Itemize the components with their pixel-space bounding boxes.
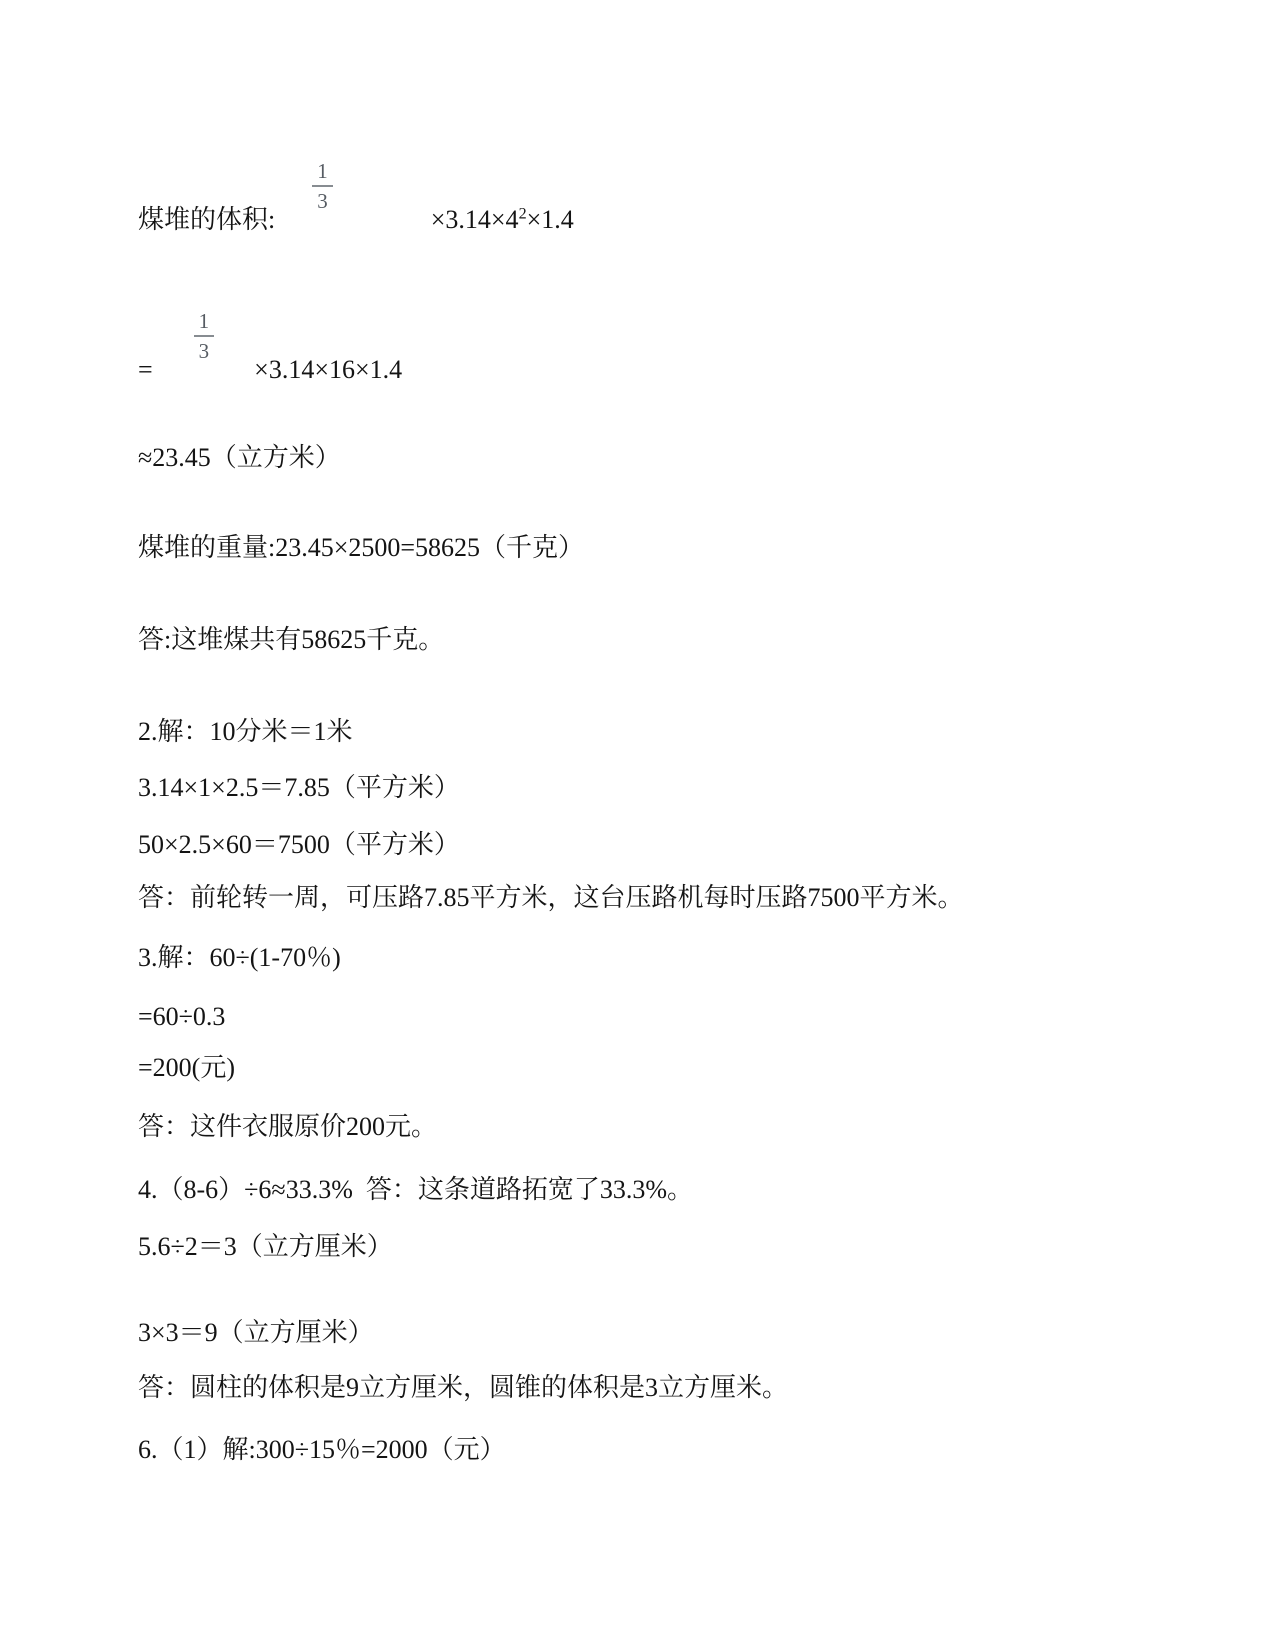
line-problem3-step2: =60÷0.3 <box>138 1002 1225 1032</box>
line-problem3-step3: =200(元) <box>138 1053 1225 1083</box>
equation-coal-volume-step2: = 1 3 ×3.14×16×1.4 <box>138 318 1225 385</box>
fraction-denominator: 3 <box>312 185 333 212</box>
expression-post: ×1.4 <box>527 205 574 234</box>
equation-step2-expression: ×3.14×16×1.4 <box>254 355 402 385</box>
line-problem5-answer: 答：圆柱的体积是9立方厘米，圆锥的体积是3立方厘米。 <box>138 1373 1225 1403</box>
line-problem2-answer: 答：前轮转一周，可压路7.85平方米，这台压路机每时压路7500平方米。 <box>138 883 1225 913</box>
equation-coal-volume-label: 煤堆的体积: <box>138 205 275 235</box>
fraction-denominator: 3 <box>194 335 215 362</box>
equation-step2-equals: = <box>138 355 153 385</box>
line-problem5-cone-volume: 5.6÷2＝3（立方厘米） <box>138 1232 1225 1262</box>
expression-superscript: 2 <box>519 205 527 222</box>
line-problem5-cylinder-volume: 3×3＝9（立方厘米） <box>138 1318 1225 1348</box>
equation-coal-volume-expression: ×3.14×42×1.4 <box>431 205 574 235</box>
line-problem2-unit-conversion: 2.解：10分米＝1米 <box>138 717 1225 747</box>
line-answer-coal-weight: 答:这堆煤共有58625千克。 <box>138 625 1225 655</box>
document-page: 煤堆的体积: 1 3 ×3.14×42×1.4 = 1 3 ×3.14×16×1… <box>0 0 1275 1650</box>
line-coal-weight-calculation: 煤堆的重量:23.45×2500=58625（千克） <box>138 533 1225 563</box>
line-problem2-area-per-turn: 3.14×1×2.5＝7.85（平方米） <box>138 773 1225 803</box>
line-problem3-answer: 答：这件衣服原价200元。 <box>138 1112 1225 1142</box>
line-problem3-solution: 3.解：60÷(1-70％) <box>138 943 1225 973</box>
line-problem2-area-per-hour: 50×2.5×60＝7500（平方米） <box>138 830 1225 860</box>
expression-pre: ×3.14×4 <box>431 205 519 234</box>
line-approx-volume-result: ≈23.45（立方米） <box>138 443 1225 473</box>
line-problem6-part1-solution: 6.（1）解:300÷15％=2000（元） <box>138 1435 1225 1465</box>
fraction-numerator: 1 <box>194 311 215 335</box>
fraction-one-third: 1 3 <box>312 161 333 212</box>
equation-coal-volume: 煤堆的体积: 1 3 ×3.14×42×1.4 <box>138 155 1225 235</box>
fraction-one-third: 1 3 <box>194 311 215 362</box>
line-problem4-solution-answer: 4.（8-6）÷6≈33.3% 答：这条道路拓宽了33.3%。 <box>138 1175 1225 1205</box>
fraction-numerator: 1 <box>312 161 333 185</box>
